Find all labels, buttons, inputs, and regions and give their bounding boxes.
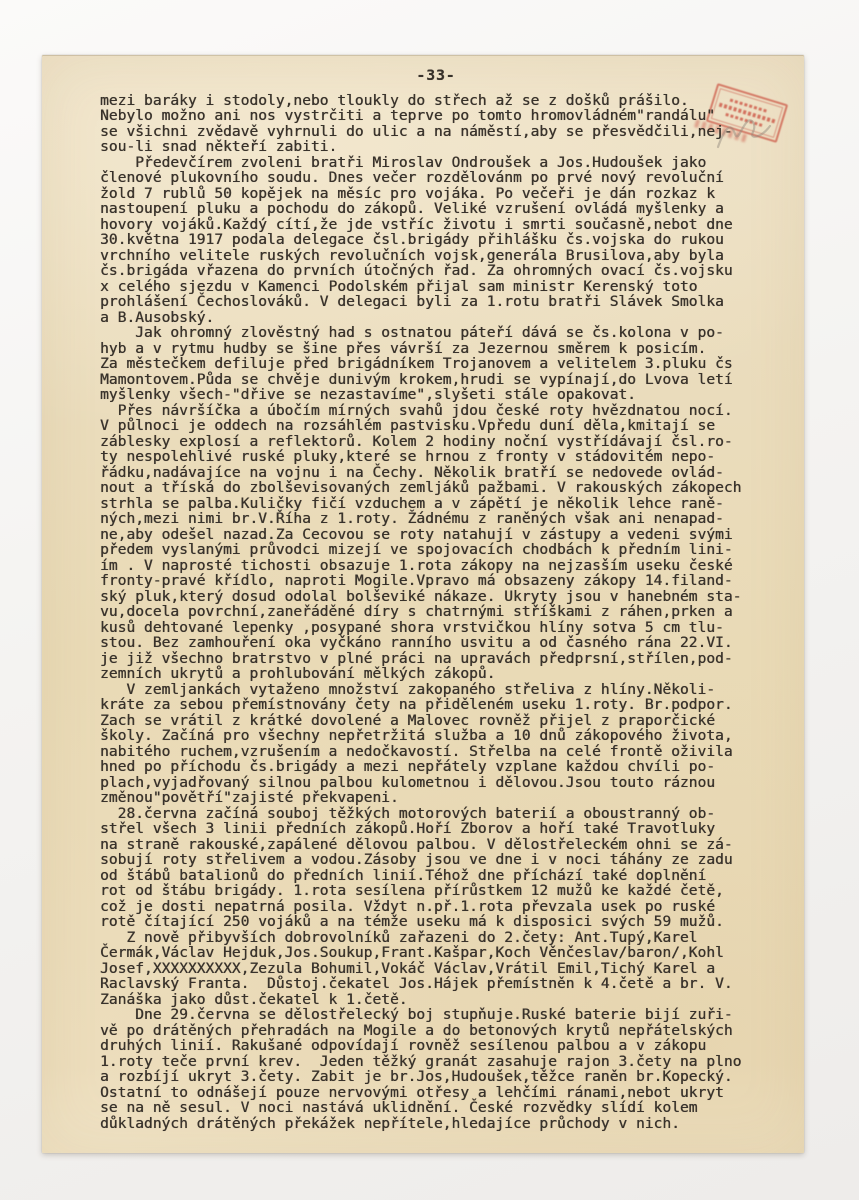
- paragraph: Předevčírem zvoleni bratři Miroslav Ondr…: [100, 155, 772, 326]
- paragraph-list: mezi baráky i stodoly,nebo tloukly do st…: [100, 93, 772, 1132]
- page-number: -33-: [100, 68, 772, 84]
- paragraph: mezi baráky i stodoly,nebo tloukly do st…: [100, 93, 772, 155]
- typewritten-text: -33- mezi baráky i stodoly,nebo tloukly …: [100, 68, 772, 1131]
- scan-background: -33- mezi baráky i stodoly,nebo tloukly …: [0, 0, 859, 1200]
- paragraph: V zemljankách vytaženo množství zakopané…: [100, 682, 772, 806]
- paragraph: 28.června začíná souboj těžkých motorový…: [100, 806, 772, 930]
- paragraph: Z nově přibyvších dobrovolníků zařazeni …: [100, 930, 772, 1008]
- document-page: -33- mezi baráky i stodoly,nebo tloukly …: [42, 55, 804, 1153]
- paragraph: Dne 29.června se dělostřelecký boj stupň…: [100, 1007, 772, 1131]
- paragraph: Přes návršíčka a úbočím mírných svahů jd…: [100, 403, 772, 682]
- paragraph: Jak ohromný zlověstný had s ostnatou pát…: [100, 325, 772, 403]
